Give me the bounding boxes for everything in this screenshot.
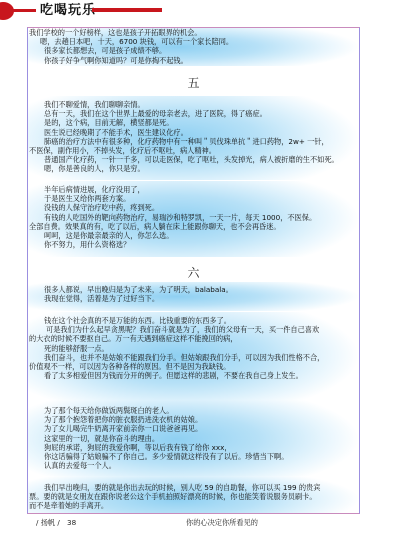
text-line: 医生说已经晚期了不能手术，医生建议化疗。 <box>28 128 359 137</box>
text-line: 有钱的人吃国外的靶向药物治疗，易瑞沙和特罗凯，一天一片，每天 1000，不医保。 <box>28 213 359 222</box>
text-line: 于是医生又给你两套方案。 <box>28 194 359 203</box>
text-line: 看了太多相爱但因为钱而分开的例子。但愿这样的悲剧，不要在我自己身上发生。 <box>28 371 359 380</box>
text-line: 很多人都说，早出晚归是为了未来，为了明天，balabala。 <box>28 285 359 294</box>
text-line: 很多家长都想去，可是孩子成绩不够。 <box>28 46 359 55</box>
paragraph-block-4: 很多人都说，早出晚归是为了未来，为了明天，balabala。 我现在觉得，活着是… <box>28 282 359 311</box>
publication-name: / 扬帆 / <box>36 518 60 528</box>
text-line: 总有一天，我们在这个世界上最爱的母亲老去，进了医院，得了癌症。 <box>28 109 359 118</box>
text-line: 的大衣的时候不要抠自己。万一有天遇到癌症这样不能挽回的病， <box>28 334 359 343</box>
text-line: 认真的去爱每一个人。 <box>28 461 359 470</box>
text-line: 我们不聊爱情，我们聊聊亲情。 <box>28 100 359 109</box>
text-line: 票。要的就是女朋友在跟你说老公这个手机拍照好漂亮的时候，你也能笑着说服务员刷卡。 <box>28 492 359 501</box>
section-number-six: 六 <box>28 264 359 281</box>
text-line: 我们早出晚归，要的就是你出去玩的时候，别人吃 59 的自助餐，你可以买 199 … <box>28 483 359 492</box>
text-line: 死的能够舒服一点。 <box>28 344 359 353</box>
text-line: 全部自费。效果真的有，吃了以后，病人躺在床上能跟你聊天，也不会再昏迷。 <box>28 222 359 231</box>
header-red-line-right <box>92 8 162 12</box>
paragraph-block-5: 钱在这个社会真的不是万能的东西。比钱重要的东西多了。 可是我们为什么起早贪黑呢？… <box>28 312 359 400</box>
text-line: 可是我们为什么起早贪黑呢？我们奋斗就是为了，我们的父母有一天，买一件自己喜欢 <box>28 325 359 334</box>
text-line: 你这话骗得了姑娘骗不了你自己。多少爱情就这样没有了以后。珍惜当下啊。 <box>28 452 359 461</box>
text-line: 这家里的一切，就是你奋斗的理由。 <box>28 434 359 443</box>
text-line: 狗屁的承诺，狗屁的我爱你啊，等以后我有钱了给你 xxx， <box>28 443 359 452</box>
text-line: 半年后病情进展，化疗没用了， <box>28 185 359 194</box>
paragraph-block-6: 为了那个每天给你做饭两鬓斑白的老人。 为了那个抱怨着把你的脏衣服扔进洗衣机的姑娘… <box>28 400 359 478</box>
header-red-line-left <box>10 9 36 12</box>
text-line: 普通国产化疗药，一针一千多，可以走医保，吃了呕吐，头发掉光，病人被折磨的生不如死… <box>28 155 359 164</box>
text-line: 我们学校的一个好榜样，这也是孩子开拓眼界的机会。 <box>28 28 359 37</box>
text-line: 是的，这个病，目前无解，横竖都是死。 <box>28 118 359 127</box>
article-frame: 我们学校的一个好榜样，这也是孩子开拓眼界的机会。 嗯，去趟日本吧，十天，6700… <box>27 27 360 514</box>
paragraph-block-3: 半年后病情进展，化疗没用了， 于是医生又给你两套方案。 没钱的人保守治疗吃中药，… <box>28 181 359 257</box>
text-line: 为了女儿喝完牛奶离开家前亲你一口说爸爸再见。 <box>28 424 359 433</box>
text-line: 为了那个每天给你做饭两鬓斑白的老人。 <box>28 406 359 415</box>
section-number-five: 五 <box>28 74 359 91</box>
footer-slogan: 你的心决定你所看见的 <box>186 518 258 528</box>
text-line: 呵呵，这是你最亲最亲的人，你怎么选。 <box>28 231 359 240</box>
text-line: 钱在这个社会真的不是万能的东西。比钱重要的东西多了。 <box>28 316 359 325</box>
text-line: 嗯，去趟日本吧，十天，6700 块钱，可以有一个家长陪同。 <box>28 37 359 46</box>
text-line: 为了那个抱怨着把你的脏衣服扔进洗衣机的姑娘。 <box>28 415 359 424</box>
page-footer: / 扬帆 / 38 你的心决定你所看见的 <box>0 516 396 530</box>
text-line: 不医保，副作用小，不掉头发，化疗后不呕吐，病人精神。 <box>28 146 359 155</box>
text-line: 没钱的人保守治疗吃中药，疼到死。 <box>28 203 359 212</box>
page-header: 吃喝玩乐 <box>0 0 396 24</box>
text-line: 你不努力，用什么资格选？ <box>28 240 359 249</box>
page-number: 38 <box>67 518 76 527</box>
text-line: 嗯，你是善良的人，你只是穷。 <box>28 164 359 173</box>
text-line: 价值观不一样，可以因为各种各样的原因。但不是因为我缺钱。 <box>28 362 359 371</box>
paragraph-block-2: 我们不聊爱情，我们聊聊亲情。 总有一天，我们在这个世界上最爱的母亲老去，进了医院… <box>28 96 359 180</box>
text-line: 你孩子好争气啊你知道吗？可是你掏不起钱。 <box>28 56 359 65</box>
paragraph-block-1: 我们学校的一个好榜样，这也是孩子开拓眼界的机会。 嗯，去趟日本吧，十天，6700… <box>28 28 359 66</box>
section-title: 吃喝玩乐 <box>40 2 96 20</box>
text-line: 肺癌的治疗方法中有很多种，化疗药物中有一种叫＂贝伐珠单抗＂进口药物，2w+ 一针… <box>28 137 359 146</box>
text-line: 我现在觉得，活着是为了过好当下。 <box>28 294 359 303</box>
text-line: 而不是牵着她的手离开。 <box>28 501 359 510</box>
paragraph-block-7: 我们早出晚归，要的就是你出去玩的时候，别人吃 59 的自助餐，你可以买 199 … <box>28 476 359 514</box>
text-line: 我们奋斗，也并不是姑娘不能跟我们分手。但姑娘跟我们分手，可以因为我们性格不合， <box>28 353 359 362</box>
